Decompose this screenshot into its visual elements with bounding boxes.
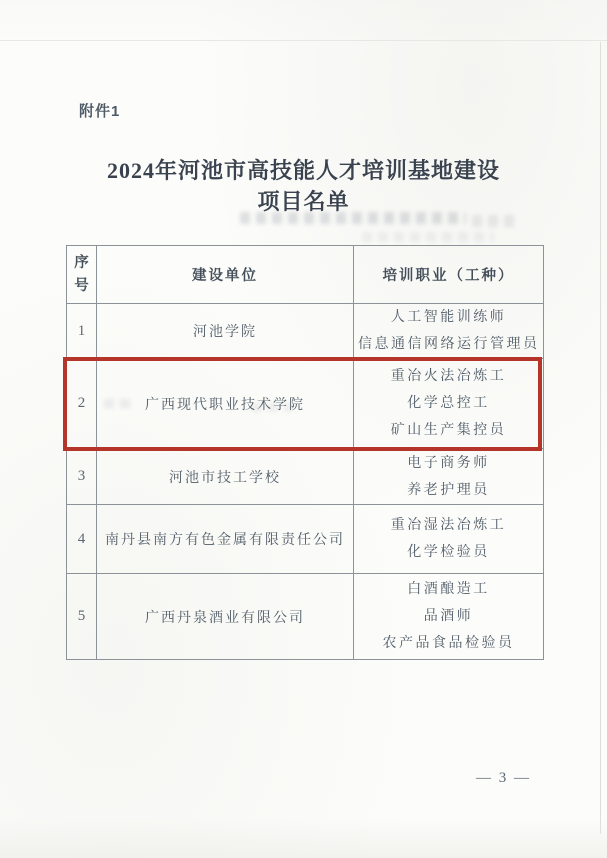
row-occupations: 重冶湿法冶炼工化学检验员	[354, 505, 544, 574]
occupation-line: 农产品食品检验员	[358, 630, 539, 657]
scan-edge-shade-bottom	[0, 818, 607, 858]
row-unit: 广西丹泉酒业有限公司	[97, 574, 354, 660]
row-seq: 5	[67, 574, 97, 660]
row-seq: 4	[67, 505, 97, 574]
header-unit: 建设单位	[97, 246, 354, 304]
document-title: 2024年河池市高技能人才培训基地建设 项目名单	[0, 155, 607, 217]
scan-edge-line-top	[0, 40, 607, 41]
table-row: 3 河池市技工学校 电子商务师养老护理员	[67, 449, 544, 505]
table-body: 1 河池学院 人工智能训练师信息通信网络运行管理员 2 广西现代职业技术学院 重…	[67, 304, 544, 660]
showthrough-artifact	[362, 232, 494, 242]
row-unit: 河池市技工学校	[97, 449, 354, 505]
row-occupations: 重冶火法冶炼工化学总控工矿山生产集控员	[354, 359, 544, 449]
table-row: 5 广西丹泉酒业有限公司 白酒酿造工品酒师农产品食品检验员	[67, 574, 544, 660]
row-seq: 1	[67, 304, 97, 359]
occupation-line: 电子商务师	[358, 450, 539, 477]
occupation-line: 重冶湿法冶炼工	[358, 512, 539, 539]
table-row: 2 广西现代职业技术学院 重冶火法冶炼工化学总控工矿山生产集控员	[67, 359, 544, 449]
attachment-label: 附件1	[79, 100, 120, 121]
occupation-line: 重冶火法冶炼工	[358, 363, 539, 390]
scanned-document-page: 附件1 2024年河池市高技能人才培训基地建设 项目名单 序号 建设单位 培训职…	[0, 0, 607, 858]
row-unit: 广西现代职业技术学院	[97, 359, 354, 449]
row-occupations: 人工智能训练师信息通信网络运行管理员	[354, 304, 544, 359]
table-row: 1 河池学院 人工智能训练师信息通信网络运行管理员	[67, 304, 544, 359]
row-seq: 3	[67, 449, 97, 505]
occupation-line: 信息通信网络运行管理员	[358, 331, 539, 358]
header-occupation: 培训职业（工种）	[354, 246, 544, 304]
occupation-line: 白酒酿造工	[358, 576, 539, 603]
occupation-line: 矿山生产集控员	[358, 417, 539, 444]
occupation-line: 人工智能训练师	[358, 304, 539, 331]
row-unit: 河池学院	[97, 304, 354, 359]
table-row: 4 南丹县南方有色金属有限责任公司 重冶湿法冶炼工化学检验员	[67, 505, 544, 574]
page-number: — 3 —	[476, 770, 531, 787]
occupation-line: 化学总控工	[358, 390, 539, 417]
occupation-line: 养老护理员	[358, 477, 539, 504]
table-header-row: 序号 建设单位 培训职业（工种）	[67, 246, 544, 304]
occupation-line: 化学检验员	[358, 539, 539, 566]
header-seq: 序号	[67, 246, 97, 304]
title-line-2: 项目名单	[0, 186, 607, 217]
title-line-1: 2024年河池市高技能人才培训基地建设	[0, 155, 607, 186]
row-occupations: 电子商务师养老护理员	[354, 449, 544, 505]
occupation-line: 品酒师	[358, 603, 539, 630]
project-table: 序号 建设单位 培训职业（工种） 1 河池学院 人工智能训练师信息通信网络运行管…	[66, 245, 544, 660]
row-occupations: 白酒酿造工品酒师农产品食品检验员	[354, 574, 544, 660]
row-seq: 2	[67, 359, 97, 449]
row-unit: 南丹县南方有色金属有限责任公司	[97, 505, 354, 574]
